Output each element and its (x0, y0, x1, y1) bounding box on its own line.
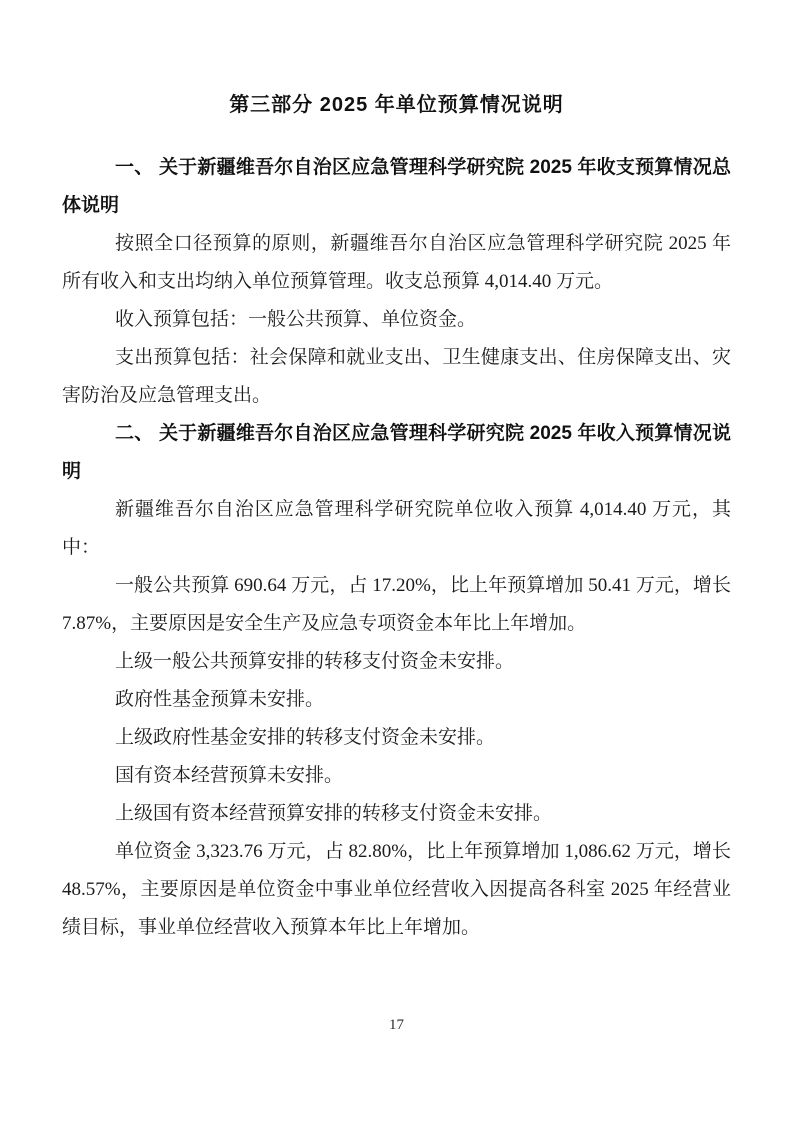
paragraph: 支出预算包括：社会保障和就业支出、卫生健康支出、住房保障支出、灾害防治及应急管理… (62, 339, 731, 415)
paragraph: 上级一般公共预算安排的转移支付资金未安排。 (62, 643, 731, 681)
paragraph: 收入预算包括：一般公共预算、单位资金。 (62, 301, 731, 339)
section-1-heading: 一、 关于新疆维吾尔自治区应急管理科学研究院 2025 年收支预算情况总体说明 (62, 149, 731, 225)
document-page: 第三部分 2025 年单位预算情况说明 一、 关于新疆维吾尔自治区应急管理科学研… (0, 0, 793, 1122)
paragraph: 政府性基金预算未安排。 (62, 681, 731, 719)
paragraph: 上级政府性基金安排的转移支付资金未安排。 (62, 719, 731, 757)
page-number: 17 (0, 1014, 793, 1036)
paragraph: 按照全口径预算的原则，新疆维吾尔自治区应急管理科学研究院 2025 年所有收入和… (62, 225, 731, 301)
paragraph: 国有资本经营预算未安排。 (62, 757, 731, 795)
section-overall-budget: 一、 关于新疆维吾尔自治区应急管理科学研究院 2025 年收支预算情况总体说明 … (62, 149, 731, 415)
paragraph: 上级国有资本经营预算安排的转移支付资金未安排。 (62, 795, 731, 833)
paragraph: 一般公共预算 690.64 万元，占 17.20%，比上年预算增加 50.41 … (62, 567, 731, 643)
page-title: 第三部分 2025 年单位预算情况说明 (62, 86, 731, 124)
section-2-heading: 二、 关于新疆维吾尔自治区应急管理科学研究院 2025 年收入预算情况说明 (62, 415, 731, 491)
paragraph: 单位资金 3,323.76 万元，占 82.80%，比上年预算增加 1,086.… (62, 833, 731, 947)
paragraph: 新疆维吾尔自治区应急管理科学研究院单位收入预算 4,014.40 万元，其中： (62, 491, 731, 567)
section-income-budget: 二、 关于新疆维吾尔自治区应急管理科学研究院 2025 年收入预算情况说明 新疆… (62, 415, 731, 947)
